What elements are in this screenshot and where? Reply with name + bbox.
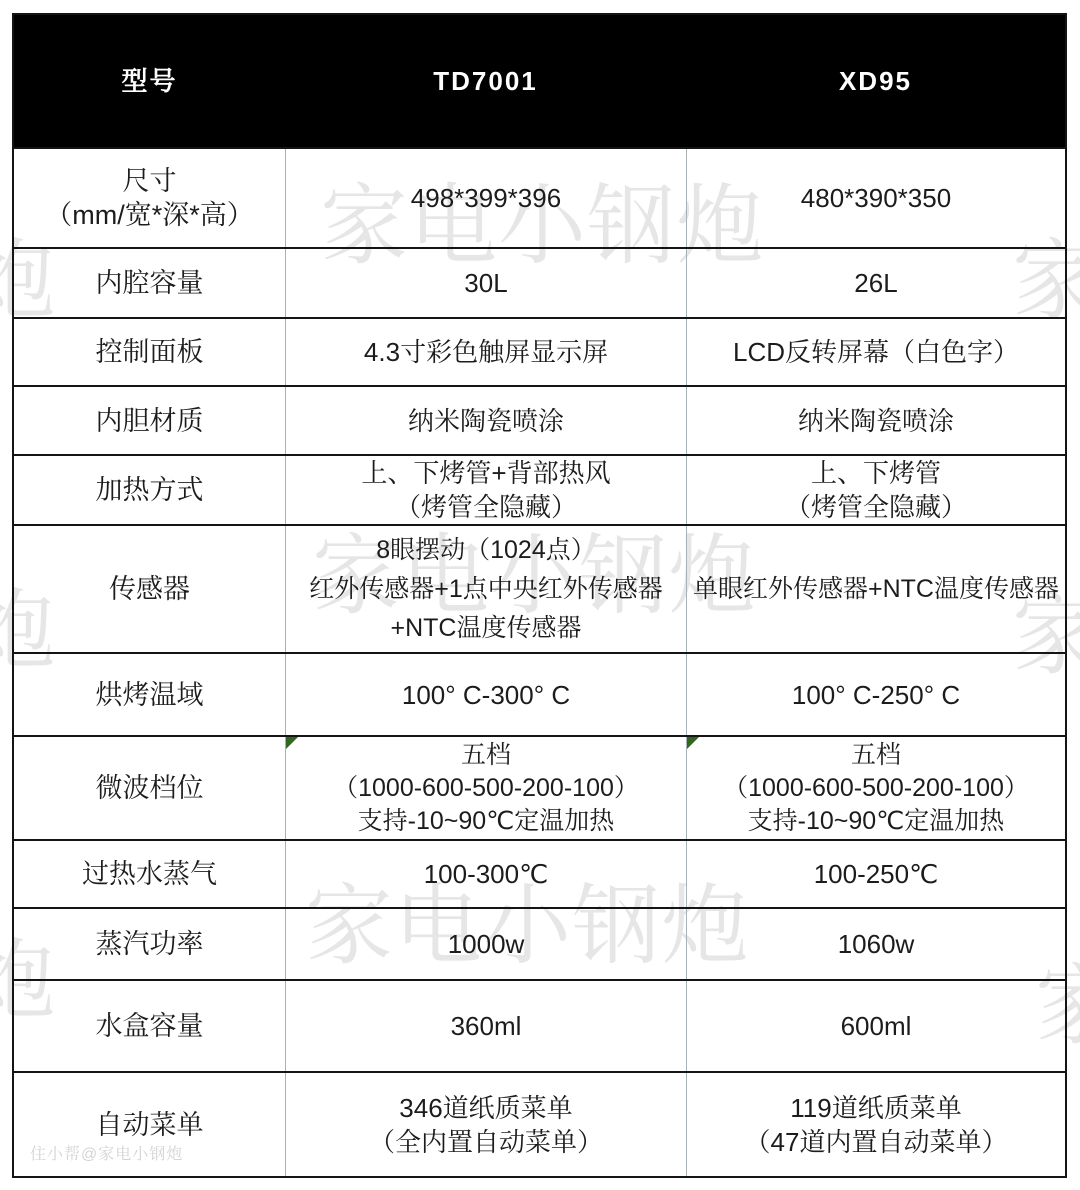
row-label: 加热方式 — [14, 456, 285, 524]
table-row-microwave-levels: 微波档位 五档 （1000-600-500-200-100） 支持-10~90℃… — [14, 735, 1065, 839]
xd95-value: 五档 （1000-600-500-200-100） 支持-10~90℃定温加热 — [686, 737, 1065, 839]
table-row-sensor: 传感器 8眼摆动（1024点） 红外传感器+1点中央红外传感器 +NTC温度传感… — [14, 524, 1065, 652]
row-label: 烘烤温域 — [14, 654, 285, 735]
row-label: 蒸汽功率 — [14, 909, 285, 979]
xd95-value: 单眼红外传感器+NTC温度传感器 — [686, 526, 1065, 652]
header-model-label: 型号 — [14, 64, 285, 98]
row-label: 水盒容量 — [14, 981, 285, 1071]
comparison-screenshot: 家电小钢炮家电小钢炮家电小钢炮家电小钢炮家电小钢炮家电小钢炮家电小钢炮家电小钢炮… — [0, 0, 1080, 1190]
td7001-value: 五档 （1000-600-500-200-100） 支持-10~90℃定温加热 — [285, 737, 686, 839]
td7001-value: 上、下烤管+背部热风 （烤管全隐藏） — [285, 456, 686, 524]
table-row-heating-mode: 加热方式 上、下烤管+背部热风 （烤管全隐藏） 上、下烤管 （烤管全隐藏） — [14, 454, 1065, 524]
td7001-value: 4.3寸彩色触屏显示屏 — [285, 319, 686, 385]
row-label: 传感器 — [14, 526, 285, 652]
table-header-row: 型号 TD7001 XD95 — [14, 15, 1065, 147]
table-row-dimensions: 尺寸 （mm/宽*深*高） 498*399*396 480*390*350 — [14, 147, 1065, 247]
row-label: 内胆材质 — [14, 387, 285, 454]
comparison-table: 型号 TD7001 XD95 尺寸 （mm/宽*深*高） 498*399*396… — [12, 13, 1067, 1178]
xd95-value: 119道纸质菜单 （47道内置自动菜单） — [686, 1073, 1065, 1176]
table-row-control-panel: 控制面板 4.3寸彩色触屏显示屏 LCD反转屏幕（白色字） — [14, 317, 1065, 385]
table-row-liner-material: 内胆材质 纳米陶瓷喷涂 纳米陶瓷喷涂 — [14, 385, 1065, 454]
xd95-value: LCD反转屏幕（白色字） — [686, 319, 1065, 385]
td7001-value: 30L — [285, 249, 686, 317]
header-model-td7001: TD7001 — [285, 64, 686, 98]
cell-note-marker-icon — [286, 737, 298, 749]
xd95-value: 600ml — [686, 981, 1065, 1071]
table-row-water-tank: 水盒容量 360ml 600ml — [14, 979, 1065, 1071]
xd95-value: 纳米陶瓷喷涂 — [686, 387, 1065, 454]
td7001-value: 纳米陶瓷喷涂 — [285, 387, 686, 454]
header-model-xd95: XD95 — [686, 64, 1065, 98]
xd95-value: 480*390*350 — [686, 149, 1065, 247]
row-label: 微波档位 — [14, 737, 285, 839]
td7001-value: 346道纸质菜单 （全内置自动菜单） — [285, 1073, 686, 1176]
td7001-value: 100-300℃ — [285, 841, 686, 907]
table-row-superheated-steam: 过热水蒸气 100-300℃ 100-250℃ — [14, 839, 1065, 907]
xd95-value: 100-250℃ — [686, 841, 1065, 907]
td7001-value: 360ml — [285, 981, 686, 1071]
table-row-baking-range: 烘烤温域 100° C-300° C 100° C-250° C — [14, 652, 1065, 735]
td7001-value: 8眼摆动（1024点） 红外传感器+1点中央红外传感器 +NTC温度传感器 — [285, 526, 686, 652]
td7001-value: 100° C-300° C — [285, 654, 686, 735]
xd95-value: 100° C-250° C — [686, 654, 1065, 735]
cell-note-marker-icon — [687, 737, 699, 749]
xd95-value: 上、下烤管 （烤管全隐藏） — [686, 456, 1065, 524]
td7001-value: 1000w — [285, 909, 686, 979]
credit-watermark: 住小帮@家电小钢炮 — [30, 1141, 183, 1164]
row-label: 内腔容量 — [14, 249, 285, 317]
xd95-value: 1060w — [686, 909, 1065, 979]
xd95-value: 26L — [686, 249, 1065, 317]
table-row-capacity: 内腔容量 30L 26L — [14, 247, 1065, 317]
row-label: 尺寸 （mm/宽*深*高） — [14, 149, 285, 247]
row-label: 过热水蒸气 — [14, 841, 285, 907]
td7001-value: 498*399*396 — [285, 149, 686, 247]
table-row-steam-power: 蒸汽功率 1000w 1060w — [14, 907, 1065, 979]
row-label: 控制面板 — [14, 319, 285, 385]
